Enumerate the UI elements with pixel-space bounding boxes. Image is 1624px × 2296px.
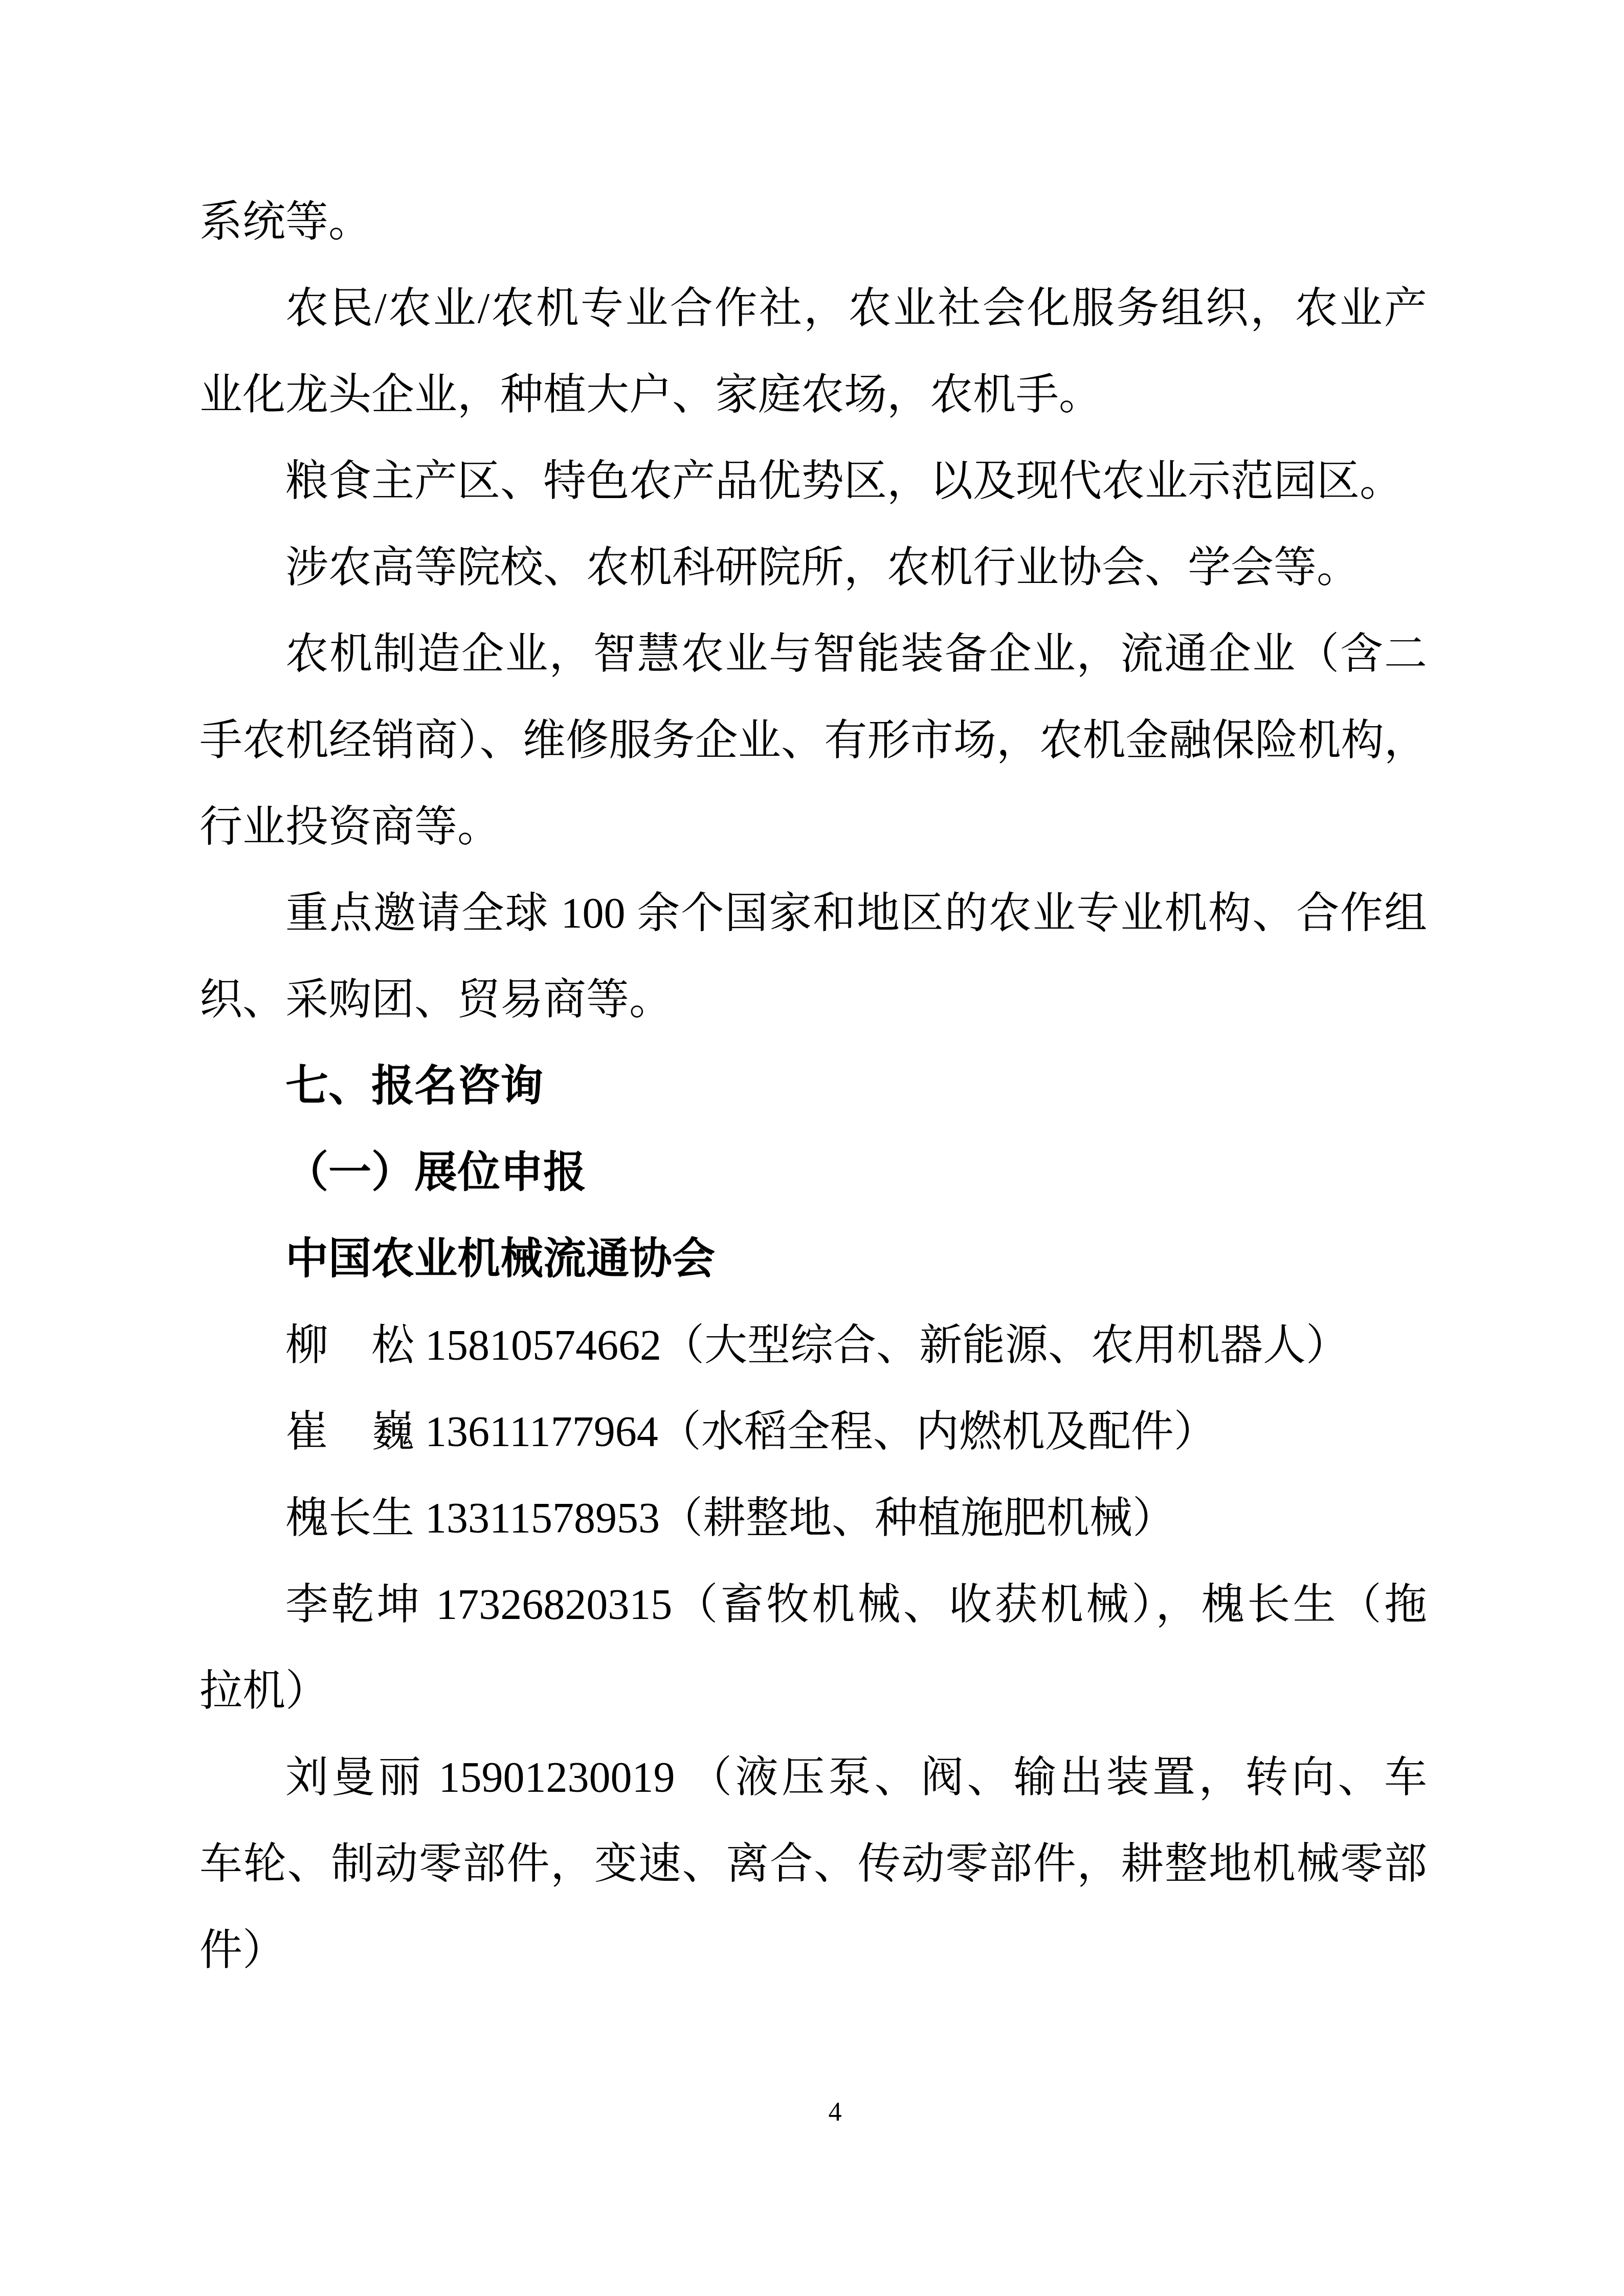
section-heading: 七、报名咨询 — [199, 1043, 1427, 1130]
document-body: 系统等。 农民/农业/农机专业合作社，农业社会化服务组织，农业产 业化龙头企业，… — [199, 179, 1427, 1994]
paragraph-line: 粮食主产区、特色农产品优势区，以及现代农业示范园区。 — [199, 438, 1427, 525]
contact-line: 车轮、制动零部件，变速、离合、传动零部件，耕整地机械零部 — [199, 1821, 1427, 1907]
contact-line: 件） — [199, 1907, 1427, 1994]
subsection-heading: （一）展位申报 — [199, 1130, 1427, 1216]
paragraph-line: 行业投资商等。 — [199, 784, 1427, 870]
paragraph-line: 业化龙头企业，种植大户、家庭农场，农机手。 — [199, 352, 1427, 438]
document-page: 系统等。 农民/农业/农机专业合作社，农业社会化服务组织，农业产 业化龙头企业，… — [0, 0, 1624, 2296]
org-heading: 中国农业机械流通协会 — [199, 1216, 1427, 1302]
page-number: 4 — [0, 2099, 1624, 2126]
paragraph-line: 手农机经销商）、维修服务企业、有形市场，农机金融保险机构， — [199, 697, 1427, 784]
paragraph-line: 系统等。 — [199, 179, 1427, 265]
paragraph-line: 织、采购团、贸易商等。 — [199, 957, 1427, 1043]
contact-line: 柳 松 15810574662（大型综合、新能源、农用机器人） — [199, 1302, 1427, 1389]
paragraph-line: 涉农高等院校、农机科研院所，农机行业协会、学会等。 — [199, 525, 1427, 611]
contact-line: 刘曼丽 15901230019 （液压泵、阀、输出装置，转向、车桥、 — [199, 1735, 1427, 1821]
contact-line: 槐长生 13311578953（耕整地、种植施肥机械） — [199, 1475, 1427, 1562]
paragraph-line: 农民/农业/农机专业合作社，农业社会化服务组织，农业产 — [199, 265, 1427, 352]
contact-line: 崔 巍 13611177964（水稻全程、内燃机及配件） — [199, 1389, 1427, 1475]
paragraph-line: 重点邀请全球 100 余个国家和地区的农业专业机构、合作组 — [199, 870, 1427, 957]
contact-line: 拉机） — [199, 1648, 1427, 1735]
contact-line: 李乾坤 17326820315（畜牧机械、收获机械），槐长生（拖 — [199, 1562, 1427, 1648]
paragraph-line: 农机制造企业，智慧农业与智能装备企业，流通企业（含二 — [199, 611, 1427, 697]
